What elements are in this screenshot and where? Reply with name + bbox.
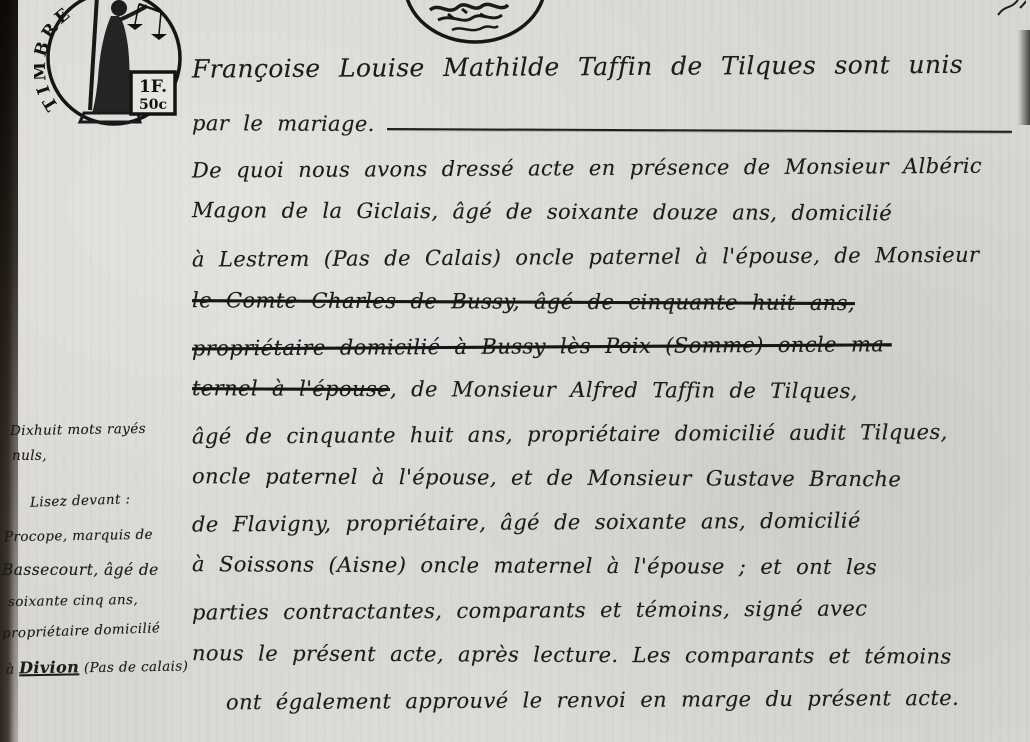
act-line: ont également approuvé le renvoi en marg… — [192, 682, 1026, 717]
act-line: à Lestrem (Pas de Calais) oncle paternel… — [192, 239, 1026, 274]
struck-text: ternel à l'épouse — [192, 376, 390, 401]
justice-stamp-icon: TIMBRE 1F. 50c — [34, 0, 194, 144]
place-suffix: (Pas de calais) — [79, 658, 188, 676]
stamp-label: TIMBRE — [34, 2, 77, 114]
margin-renvoi-line: propriétaire domicilié — [2, 620, 161, 643]
act-line-text: , de Monsieur Alfred Taffin de Tilques, — [390, 377, 858, 403]
margin-struck-count-1: Dixhuit mots rayés — [10, 420, 146, 439]
act-line: oncle paternel à l'épouse, et de Monsieu… — [192, 461, 1026, 495]
margin-renvoi-heading: Lisez devant : — [30, 491, 131, 511]
act-line: par le mariage. — [192, 108, 1026, 142]
handwritten-rule — [387, 128, 1012, 133]
place-name: Divion — [19, 657, 79, 677]
act-line-struck: propriétaire domicilié à Bussy lès Poix … — [192, 328, 1026, 363]
margin-renvoi-line: soixante cinq ans, — [8, 591, 138, 610]
act-line: Françoise Louise Mathilde Taffin de Tilq… — [192, 49, 1026, 84]
act-line: Magon de la Giclais, âgé de soixante dou… — [192, 195, 1026, 229]
revenue-stamp: TIMBRE 1F. 50c — [34, 0, 194, 144]
margin-renvoi-line: Procope, marquis de — [4, 526, 153, 546]
act-line: âgé de cinquante huit ans, propriétaire … — [192, 416, 1026, 451]
act-line: De quoi nous avons dressé acte en présen… — [192, 150, 1026, 185]
stamp-value-franc: 1F. — [139, 77, 167, 97]
act-line: de Flavigny, propriétaire, âgé de soixan… — [192, 504, 1026, 539]
margin-struck-count-2: nuls, — [12, 448, 47, 465]
place-prefix: à — [6, 661, 19, 677]
act-line-text: par le mariage. — [192, 108, 375, 139]
margin-renvoi-line: Bassecourt, âgé de — [2, 562, 159, 579]
stamp-value-cent: 50c — [139, 97, 167, 113]
margin-renvoi-place: à Divion (Pas de calais) — [6, 656, 189, 678]
act-line: ternel à l'épouse, de Monsieur Alfred Ta… — [192, 373, 1026, 407]
act-text: Françoise Louise Mathilde Taffin de Tilq… — [192, 0, 1026, 742]
document-page: TIMBRE 1F. 50c — [0, 0, 1030, 742]
act-line-struck: le Comte Charles de Bussy, âgé de cinqua… — [192, 285, 1026, 319]
act-line: parties contractantes, comparants et tém… — [192, 592, 1026, 627]
act-line: à Soissons (Aisne) oncle maternel à l'ép… — [192, 549, 1026, 583]
svg-text:TIMBRE: TIMBRE — [34, 2, 77, 114]
act-line: nous le présent acte, après lecture. Les… — [192, 638, 1026, 672]
